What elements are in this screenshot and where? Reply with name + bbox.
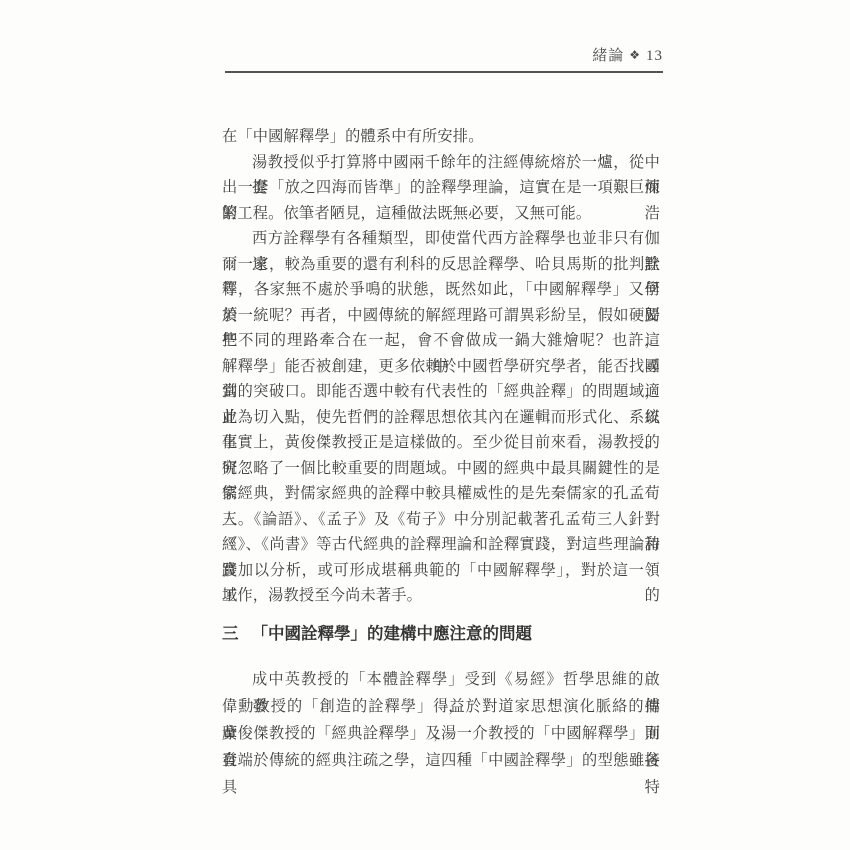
text-line: 出一套「放之四海而皆準」的詮釋學理論，這實在是一項艱巨而繁浩 — [222, 175, 660, 201]
text-line: 西方詮釋學有各種類型，即使當代西方詮釋學也並非只有伽達默 — [222, 226, 660, 252]
text-line: 事實上，黃俊傑教授正是這樣做的。至少從目前來看，湯教授的研 — [222, 430, 660, 456]
text-line: 成中英教授的「本體詮釋學」受到《易經》哲學思維的啟發，傅 — [222, 666, 660, 693]
running-head: 緒論❖13 — [225, 47, 663, 65]
running-head-chapter-title: 緒論 — [592, 48, 624, 64]
text-line: 此為切入點，使先哲們的詮釋思想依其內在邏輯而形式化、系統化。 — [222, 405, 660, 431]
text-line: 黃俊傑教授的「經典詮釋學」及湯一介教授的「中國解釋學」則直接 — [222, 720, 660, 747]
text-line: 湯教授似乎打算將中國兩千餘年的注經傳統熔於一爐，從中提煉 — [222, 150, 660, 176]
book-page: 緒論❖13 在「中國解釋學」的體系中有所安排。湯教授似乎打算將中國兩千餘年的注經… — [0, 0, 850, 850]
text-line: 人。《論語》、《孟子》及《荀子》中分別記載著孔孟荀三人針對《詩 — [222, 507, 660, 533]
section-heading-number: 三 — [222, 622, 239, 646]
text-line: 爾一家，較為重要的還有利科的反思詮釋學、哈貝馬斯的批判詮釋學 — [222, 252, 660, 278]
text-line: 於一統呢？再者，中國傳統的解經理路可謂異彩紛呈，假如硬要把這 — [222, 303, 660, 329]
text-line: 些不同的理路牽合在一起，會不會做成一鍋大雜燴呢？也許，「中國 — [222, 328, 660, 354]
text-line: 等，各家無不處於爭鳴的狀態，既然如此，「中國解釋學」又何須歸 — [222, 277, 660, 303]
text-line: 經》、《尚書》等古代經典的詮釋理論和詮釋實踐，對這些理論和實 — [222, 532, 660, 558]
body-paragraph-block-2: 成中英教授的「本體詮釋學」受到《易經》哲學思維的啟發，傅偉勳教授的「創造的詮釋學… — [222, 666, 660, 774]
body-paragraph-block-1: 在「中國解釋學」的體系中有所安排。湯教授似乎打算將中國兩千餘年的注經傳統熔於一爐… — [222, 124, 660, 609]
text-line: 踐加以分析，或可形成堪稱典範的「中國解釋學」，對於這一領域的 — [222, 558, 660, 584]
text-line: 家經典，對儒家經典的詮釋中較具權威性的是先秦儒家的孔孟荀三 — [222, 481, 660, 507]
section-heading-title: 「中國詮釋學」的建構中應注意的問題 — [252, 622, 533, 646]
text-line: 發端於傳統的經典注疏之學，這四種「中國詮釋學」的型態雖各具特 — [222, 747, 660, 774]
text-line: 解釋學」能否被創建，更多依賴於中國哲學研究學者，能否找尋到適 — [222, 354, 660, 380]
header-rule — [225, 71, 663, 73]
text-line: 在「中國解釋學」的體系中有所安排。 — [222, 124, 660, 150]
text-line: 究忽略了一個比較重要的問題域。中國的經典中最具關鍵性的是儒 — [222, 456, 660, 482]
text-line: 當的突破口。即能否選中較有代表性的「經典詮釋」的問題域，並以 — [222, 379, 660, 405]
diamond-ornament-icon: ❖ — [629, 46, 641, 64]
text-line: 偉勳教授的「創造的詮釋學」得益於對道家思想演化脈絡的揣摩，而 — [222, 693, 660, 720]
page-number: 13 — [646, 48, 663, 64]
section-heading: 三 「中國詮釋學」的建構中應注意的問題 — [222, 622, 660, 646]
